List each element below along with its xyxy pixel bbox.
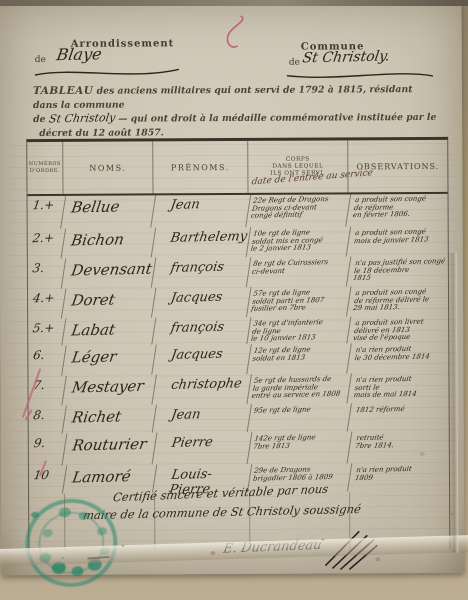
title-line1: TABLEAU des anciens militaires qui ont s… (33, 83, 439, 112)
cell-corps: 12e rgt de ligne soldat en 1813 (247, 344, 352, 376)
title-line2: de St Christoly — qui ont droit à la méd… (33, 110, 439, 127)
cell-num: 5.+ (26, 319, 66, 347)
table-body: 1.+ Bellue Jean 22e Regt de Dragons Drag… (28, 194, 450, 494)
cell-num: 9. (26, 434, 67, 467)
commune-value-handwritten: St Christoly. (301, 48, 390, 66)
cell-prenom: Jean (151, 194, 251, 229)
cell-nom: Doret (62, 288, 157, 320)
title-commune-handwritten: St Christoly (48, 111, 116, 126)
cell-observations: n'a rien produit 1809 (348, 463, 452, 493)
cell-observations: n'a pas justifié son congé le 18 décembr… (346, 256, 450, 288)
cell-corps: 95e rgt de ligne (247, 404, 352, 434)
cell-nom: Richet (62, 405, 157, 435)
cell-num: 1.+ (25, 196, 66, 230)
cell-nom: Routurier (62, 433, 157, 467)
right-edge-crease (448, 253, 459, 553)
cell-prenom: françois (152, 317, 251, 346)
cell-corps: 142e rgt de ligne 7bre 1813 (247, 431, 352, 465)
foxing-spots (121, 545, 124, 547)
cell-prenom: Jacques (152, 344, 252, 376)
cell-prenom: Jean (152, 404, 252, 434)
cell-num: 10 (27, 466, 67, 495)
cell-nom: Bichon (61, 228, 156, 260)
cell-num: 4.+ (26, 289, 67, 320)
title-line2-rest: — qui ont droit à la médaille commémorat… (118, 112, 436, 125)
underline-flourish-right (285, 67, 435, 84)
cell-corps: 34e rgt d'infanterie de ligne le 10 janv… (247, 317, 351, 346)
cell-observations: 1812 réformé (347, 403, 451, 433)
cell-corps: 8e rgt de Cuirassiers ci-devant (246, 257, 351, 289)
cell-corps: 5e rgt de hussards de la garde impériale… (247, 374, 352, 406)
cell-observations: n'a rien produit sorti le mois de mai 18… (347, 373, 451, 405)
document-paper: Arrondissement de Blaye Commune de St Ch… (0, 3, 464, 575)
title-line2-de: de (33, 114, 45, 125)
cell-observations: n'a rien produit le 30 décembre 1814 (347, 343, 451, 375)
cell-prenom: Jacques (152, 287, 252, 319)
photo-top-edge (0, 0, 468, 6)
cell-nom: Bellue (61, 195, 156, 230)
cell-prenom: Pierre (152, 432, 252, 466)
photo-background: Arrondissement de Blaye Commune de St Ch… (0, 0, 468, 600)
cell-nom: Léger (62, 345, 157, 377)
commune-de: de (289, 58, 300, 68)
cell-corps: 57e rgt de ligne soldat parti en 1807 fu… (247, 287, 352, 319)
red-ink-mark (211, 10, 257, 54)
cell-num: 2.+ (25, 229, 66, 260)
col-header-numeros: NUMÉROS D'ORDRE. (27, 142, 63, 194)
cell-prenom: christophe (152, 374, 252, 406)
cell-observations: a produit son livret délivré en 1813 vis… (347, 316, 450, 345)
underline-flourish-left (33, 64, 183, 81)
cell-nom: Labat (62, 318, 156, 347)
cell-nom: Devensant (61, 258, 156, 290)
cell-observations: a produit son congé de réforme en févrie… (346, 193, 450, 228)
cell-nom: Mestayer (62, 375, 157, 407)
document-title: TABLEAU des anciens militaires qui ont s… (33, 83, 439, 140)
col-header-prenoms: PRÉNOMS. (153, 141, 248, 193)
cell-prenom: Barthelemy (151, 227, 251, 259)
mairie-round-stamp (19, 493, 123, 593)
title-word: TABLEAU (33, 85, 94, 97)
arrondissement-de: de (35, 55, 46, 65)
cell-observations: retraité 7bre 1814. (347, 431, 451, 465)
col-header-noms: NOMS. (63, 141, 153, 193)
cell-prenom: françois (151, 257, 251, 289)
arrondissement-value-handwritten: Blaye (55, 44, 103, 64)
cell-num: 3. (26, 259, 67, 290)
cell-observations: a produit son congé de réforme délivré l… (347, 286, 451, 318)
cell-corps: 22e Regt de Dragons Dragons ci-devant co… (246, 194, 351, 229)
cell-corps: 10e rgt de ligne soldat mis en congé le … (246, 227, 351, 259)
cell-observations: a produit son congé mois de janvier 1813 (346, 226, 450, 258)
cell-num: 6. (26, 346, 67, 377)
